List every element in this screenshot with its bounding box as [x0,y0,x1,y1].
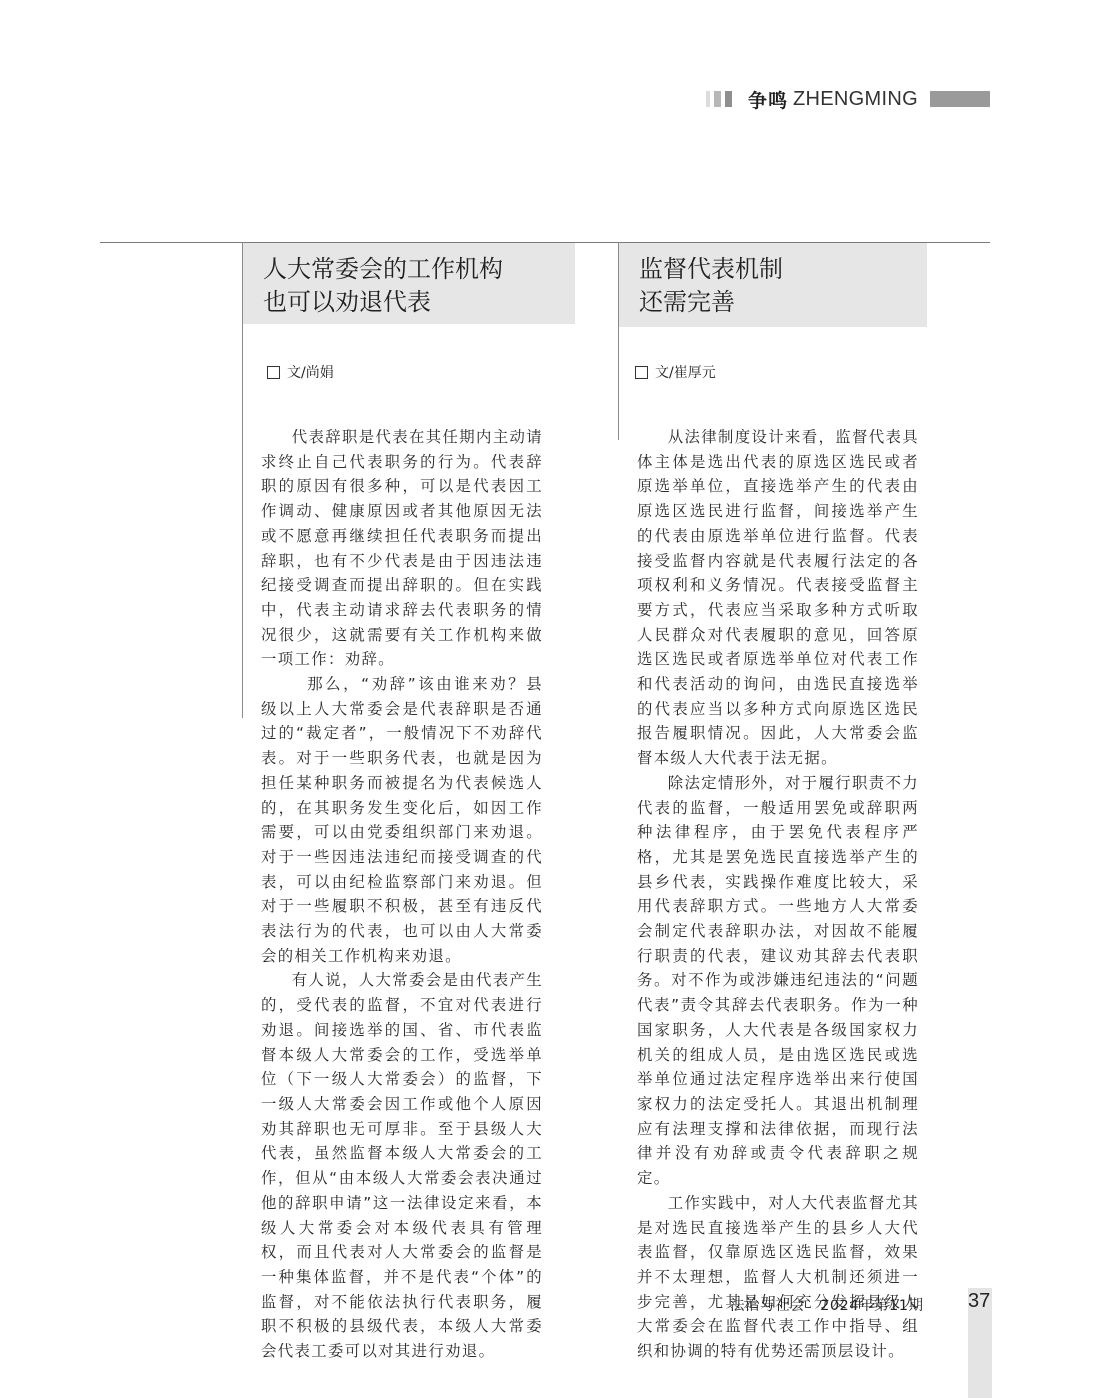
article-1-author: 文/尚娟 [287,362,334,382]
page-number: 37 [968,1290,990,1313]
article-2-paragraph: 工作实践中，对人大代表监督尤其是对选民直接选举产生的县乡人大代表监督，仅靠原选区… [637,1191,919,1364]
article-2-title-line-1: 监督代表机制 [639,253,927,286]
article-1-paragraph: 有人说，人大常委会是由代表产生的，受代表的监督，不宜对代表进行劝退。间接选举的国… [261,968,543,1363]
header-bars-decoration [706,91,732,107]
article-1-title-line-2: 也可以劝退代表 [263,286,575,319]
section-header: 争鸣 ZHENGMING [706,88,990,110]
article-1-paragraph: 代表辞职是代表在其任期内主动请求终止自己代表职务的行为。代表辞职的原因有很多种，… [261,425,543,672]
magazine-name: 法治与社会 [730,1298,805,1314]
byline-box-icon [635,366,648,379]
article-2-byline: 文/崔厚元 [635,362,716,382]
article-1-paragraph: 那么，“劝辞”该由谁来劝？县级以上人大常委会是代表辞职是否通过的“裁定者”，一般… [261,672,543,968]
issue-label: 2024年第11期 [820,1298,923,1314]
article-1-title-line-1: 人大常委会的工作机构 [263,253,575,286]
column-name-en: ZHENGMING [793,88,918,111]
article-1-title: 人大常委会的工作机构 也可以劝退代表 [243,243,575,324]
article-2-author: 文/崔厚元 [655,362,716,382]
article-2-paragraph: 从法律制度设计来看，监督代表具体主体是选出代表的原选区选民或者原选举单位，直接选… [637,425,919,771]
article-2-body: 从法律制度设计来看，监督代表具体主体是选出代表的原选区选民或者原选举单位，直接选… [637,425,919,1364]
byline-box-icon [267,366,280,379]
article-2-title: 监督代表机制 还需完善 [619,243,927,327]
article-1-body: 代表辞职是代表在其任期内主动请求终止自己代表职务的行为。代表辞职的原因有很多种，… [261,425,543,1364]
header-block-decoration [930,91,990,107]
article-2-paragraph: 除法定情形外，对于履行职责不力代表的监督，一般适用罢免或辞职两种法律程序，由于罢… [637,771,919,1191]
page-footer: 法治与社会 2024年第11期 [730,1294,923,1315]
article-1-byline: 文/尚娟 [267,362,334,382]
column-name-cn: 争鸣 [748,86,788,113]
article-2-title-line-2: 还需完善 [639,286,927,319]
